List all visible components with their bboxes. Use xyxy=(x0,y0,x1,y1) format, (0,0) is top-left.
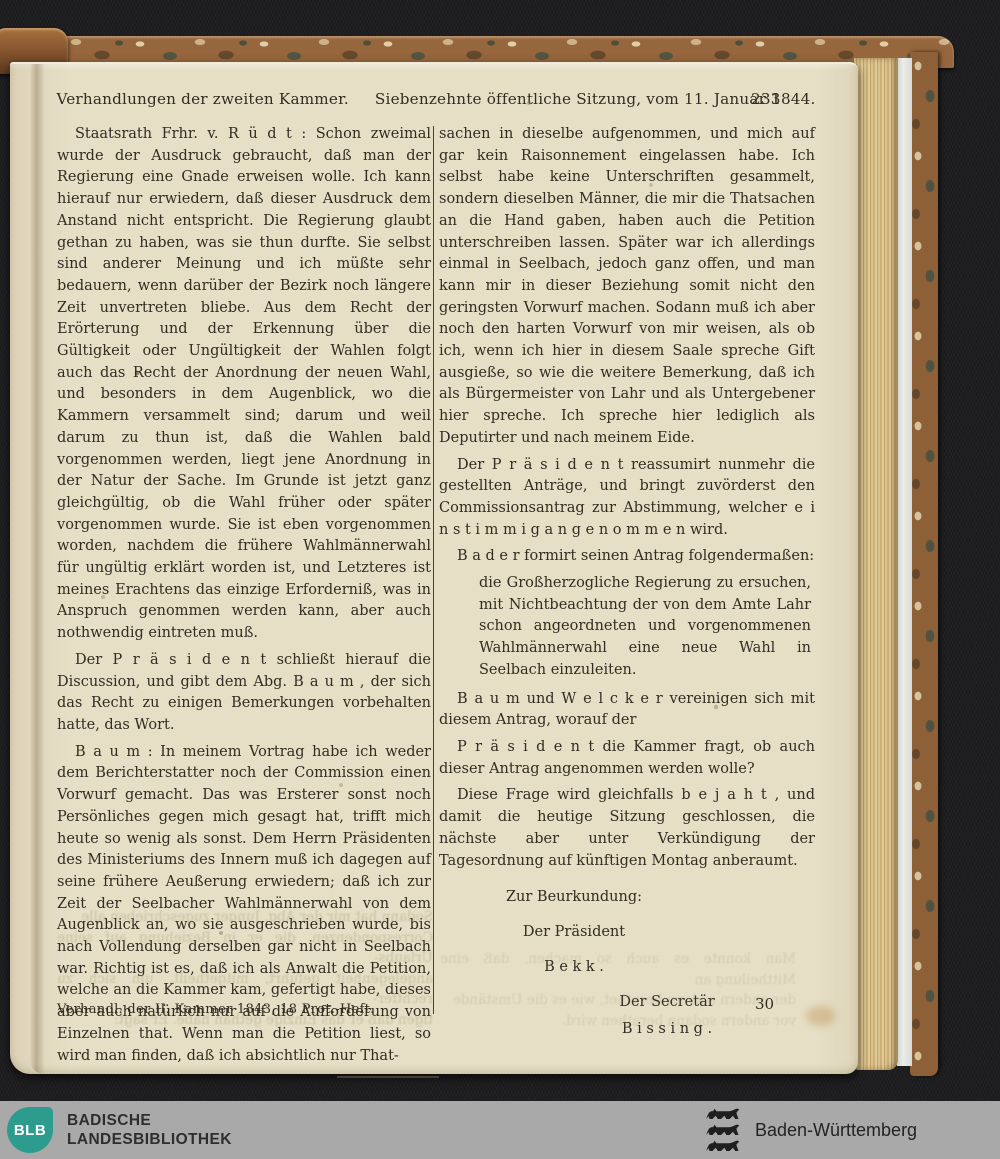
paragraph: Der P r ä s i d e n t reassumirt nunmehr… xyxy=(439,455,815,542)
page-gutter-shadow xyxy=(30,64,44,1074)
running-head: Verhandlungen der zweiten Kammer. Sieben… xyxy=(57,90,815,112)
president-title: Der Präsident xyxy=(439,922,815,944)
page-number: 233 xyxy=(751,90,781,108)
scanned-page: Verhandlungen der zweiten Kammer. Sieben… xyxy=(10,62,858,1074)
paragraph: P r ä s i d e n t die Kammer fragt, ob a… xyxy=(439,737,815,780)
right-column: sachen in dieselbe aufgenommen, und mich… xyxy=(439,124,815,1041)
running-head-right: Siebenzehnte öffentliche Sitzung, vom 11… xyxy=(375,90,816,112)
attestation-heading: Zur Beurkundung: xyxy=(439,887,815,909)
blb-logo-icon: BLB xyxy=(7,1107,53,1153)
library-name-line1: BADISCHE xyxy=(67,1111,232,1130)
viewer-footer-bar: BLB BADISCHE LANDESBIBLIOTHEK Baden-Würt… xyxy=(0,1101,1000,1159)
baden-wuerttemberg-link[interactable]: Baden-Württemberg xyxy=(703,1107,917,1153)
page-stain xyxy=(806,1006,836,1026)
paragraph: Der P r ä s i d e n t schließt hierauf d… xyxy=(57,650,431,737)
paragraph: B a d e r formirt seinen Antrag folgende… xyxy=(439,546,815,568)
blb-logo-text: BLB xyxy=(14,1122,46,1139)
sheet-signature-number: 30 xyxy=(755,995,774,1013)
paragraph: sachen in dieselbe aufgenommen, und mich… xyxy=(439,124,815,450)
library-name-line2: LANDESBIBLIOTHEK xyxy=(67,1130,232,1149)
blb-logo-link[interactable]: BLB BADISCHE LANDESBIBLIOTHEK xyxy=(7,1107,232,1153)
paragraph: B a u m und W e l c k e r vereinigen sic… xyxy=(439,689,815,732)
volume-footer-line: Verhandl. der II. Kammer 1843, 18 Prot.-… xyxy=(57,1002,375,1017)
book-cover-right-edge xyxy=(910,52,938,1076)
digitized-book-view: Verhandlungen der zweiten Kammer. Sieben… xyxy=(0,0,1000,1159)
page-block-edges xyxy=(854,58,898,1070)
running-head-left: Verhandlungen der zweiten Kammer. xyxy=(56,90,348,112)
motion-text: die Großherzogliche Regierung zu ersuche… xyxy=(479,573,811,682)
state-name-label: Baden-Württemberg xyxy=(755,1120,917,1141)
baden-wuerttemberg-coat-of-arms-icon xyxy=(703,1107,743,1153)
paragraph: Diese Frage wird gleichfalls b e j a h t… xyxy=(439,785,815,872)
library-name: BADISCHE LANDESBIBLIOTHEK xyxy=(67,1111,232,1149)
paragraph: Staatsrath Frhr. v. R ü d t : Schon zwei… xyxy=(57,124,431,645)
page-edge-highlight xyxy=(897,58,912,1066)
column-divider-rule xyxy=(433,126,434,1014)
show-through-text: Man konnte es auch so machen, daß eine M… xyxy=(440,949,796,1031)
section-end-rule xyxy=(337,1076,439,1078)
foxing-specks xyxy=(10,64,12,66)
